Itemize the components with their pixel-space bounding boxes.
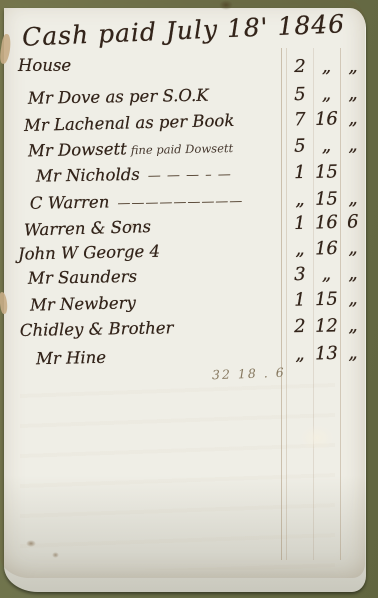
ink-smudge (219, 0, 233, 10)
shillings-value: 15 (313, 188, 340, 209)
entry-name: Chidley & Brother (20, 318, 174, 340)
entry-annotation: fine paid Dowsett (131, 141, 234, 157)
entry-name: Mr Newbery (30, 293, 136, 314)
pounds-value: 2 (288, 56, 312, 77)
pounds-value: 5 (288, 84, 312, 105)
pounds-value: „ (288, 189, 312, 210)
scanned-ledger-photo: Cash paid July 18' 1846 House 2 „ „ Mr D… (0, 0, 378, 598)
pence-value: „ (341, 315, 365, 336)
entry-name: Mr Lachenal as per Book (24, 111, 235, 135)
show-through-texture (20, 380, 335, 570)
shillings-value: 16 (313, 108, 341, 130)
pence-value: „ (341, 237, 365, 258)
pence-value: „ (341, 288, 365, 310)
entry-name: John W George 4 (18, 242, 160, 264)
pounds-value: 3 (288, 264, 312, 285)
entry-name: Mr Hine (36, 348, 106, 368)
entry-name: Mr Dowsett (28, 139, 127, 160)
entry-name: House (18, 56, 71, 75)
pence-value: „ (341, 134, 365, 155)
pounds-value: 7 (288, 109, 313, 131)
shillings-value: 15 (313, 161, 340, 182)
pencil-total: 32 18 . 6 (212, 365, 286, 383)
entry-name: Mr Nicholds (36, 165, 140, 186)
ledger-row: House 2 „ „ (0, 56, 378, 82)
pence-value: „ (341, 108, 366, 130)
shillings-value: „ (313, 135, 340, 157)
pence-value: „ (341, 263, 365, 284)
shillings-value: „ (313, 263, 340, 284)
pounds-value: 5 (288, 135, 312, 156)
pounds-value: 1 (288, 213, 313, 235)
page-title: Cash paid July 18' 1846 (22, 9, 346, 52)
pounds-value: „ (288, 343, 312, 364)
shillings-value: 13 (313, 343, 340, 365)
pence-value: „ (341, 83, 365, 104)
pence-value: „ (341, 188, 365, 209)
pence-value: „ (341, 342, 365, 363)
entry-dash-fill (168, 254, 306, 257)
entry-name: Warren & Sons (24, 217, 152, 240)
ledger-page: Cash paid July 18' 1846 House 2 „ „ Mr D… (0, 0, 365, 578)
entry-name: Mr Saunders (28, 267, 137, 288)
shillings-value: 15 (313, 289, 340, 311)
pence-value: „ (341, 56, 365, 77)
ledger-row: Mr Hine „ 13 „ (0, 342, 378, 376)
pounds-value: „ (288, 238, 312, 259)
entry-name: C Warren (30, 192, 110, 212)
pounds-value: 2 (288, 316, 312, 337)
pounds-value: 1 (288, 162, 312, 183)
shillings-value: „ (313, 56, 340, 77)
entry-name: Mr Dove as per S.O.K (28, 86, 209, 108)
shillings-value: 12 (313, 315, 340, 336)
shillings-value: „ (313, 83, 340, 104)
shillings-value: 16 (313, 238, 340, 260)
shillings-value: 16 (313, 212, 341, 234)
pence-value: 6 (341, 211, 366, 233)
pounds-value: 1 (288, 289, 312, 311)
